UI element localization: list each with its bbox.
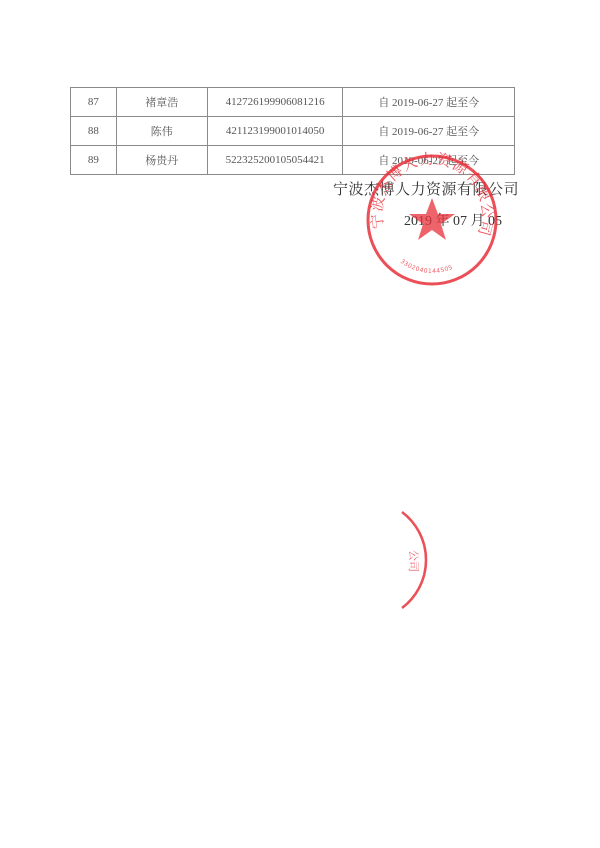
signature-date: 2019 年 07 月 05 bbox=[404, 210, 502, 230]
partial-seal-text: 公司 bbox=[407, 550, 420, 572]
svg-text:3302040144505: 3302040144505 bbox=[399, 258, 454, 275]
row-number: 87 bbox=[71, 88, 117, 117]
partial-seal: 公司 bbox=[392, 510, 442, 610]
employee-name: 褚章浩 bbox=[116, 88, 207, 117]
document-page: 87 褚章浩 412726199906081216 自 2019-06-27 起… bbox=[0, 0, 600, 848]
seal-serial: 3302040144505 bbox=[399, 258, 454, 275]
id-number: 412726199906081216 bbox=[207, 88, 343, 117]
signature-company: 宁波杰博人力资源有限公司 bbox=[333, 178, 519, 199]
employee-table: 87 褚章浩 412726199906081216 自 2019-06-27 起… bbox=[70, 87, 515, 175]
id-number: 421123199001014050 bbox=[207, 117, 343, 146]
row-number: 88 bbox=[71, 117, 117, 146]
row-number: 89 bbox=[71, 146, 117, 175]
employment-period: 自 2019-06-27 起至今 bbox=[343, 88, 515, 117]
employee-name: 杨贵丹 bbox=[116, 146, 207, 175]
id-number: 522325200105054421 bbox=[207, 146, 343, 175]
table-row: 89 杨贵丹 522325200105054421 自 2019-06-27 起… bbox=[71, 146, 515, 175]
employee-name: 陈伟 bbox=[116, 117, 207, 146]
employment-period: 自 2019-06-27 起至今 bbox=[343, 117, 515, 146]
table-row: 87 褚章浩 412726199906081216 自 2019-06-27 起… bbox=[71, 88, 515, 117]
employment-period: 自 2019-06-27 起至今 bbox=[343, 146, 515, 175]
table-row: 88 陈伟 421123199001014050 自 2019-06-27 起至… bbox=[71, 117, 515, 146]
